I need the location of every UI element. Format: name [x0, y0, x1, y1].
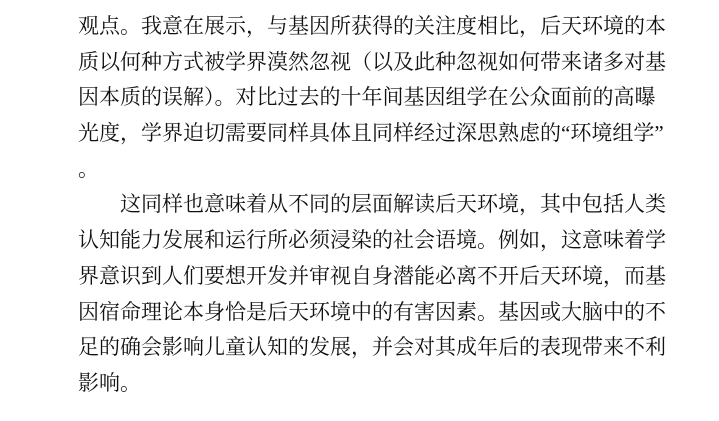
text-line: 影响。 — [78, 366, 672, 402]
document-page: 观点。我意在展示，与基因所获得的关注度相比，后天环境的本 质以何种方式被学界漠然… — [0, 0, 719, 421]
text-line: 光度，学界迫切需要同样具体且同样经过深思熟虑的“环境组学” — [78, 116, 672, 152]
body-text-block: 观点。我意在展示，与基因所获得的关注度相比，后天环境的本 质以何种方式被学界漠然… — [78, 9, 672, 402]
text-line: 界意识到人们要想开发并审视自身潜能必离不开后天环境，而基 — [78, 259, 672, 295]
text-line: 因宿命理论本身恰是后天环境中的有害因素。基因或大脑中的不 — [78, 295, 672, 331]
text-line: 这同样也意味着从不同的层面解读后天环境，其中包括人类 — [78, 187, 672, 223]
text-line: 质以何种方式被学界漠然忽视（以及此种忽视如何带来诸多对基 — [78, 45, 672, 81]
text-line: 足的确会影响儿童认知的发展，并会对其成年后的表现带来不利 — [78, 330, 672, 366]
text-line: 因本质的误解）。对比过去的十年间基因组学在公众面前的高曝 — [78, 80, 672, 116]
text-line: 。 — [78, 152, 672, 188]
text-line: 观点。我意在展示，与基因所获得的关注度相比，后天环境的本 — [78, 9, 672, 45]
text-line: 认知能力发展和运行所必须浸染的社会语境。例如，这意味着学 — [78, 223, 672, 259]
